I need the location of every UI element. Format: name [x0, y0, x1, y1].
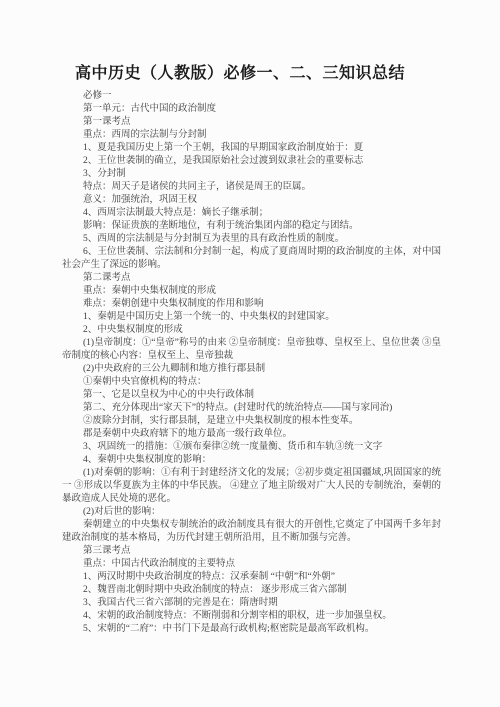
paragraph: 1、两汉时期中央政治制度的特点：汉承秦制 “中朝”和“外朝”	[62, 571, 441, 584]
document-title: 高中历史（人教版）必修一、二、三知识总结	[75, 60, 405, 83]
paragraph: 4、宋朝的政治制度特点：不断削弱和分割宰相的职权，进一步加强皇权。	[62, 610, 441, 623]
paragraph: 2、魏晋南北朝时期中央政治制度的特点： 逐步形成三省六部制	[62, 584, 441, 597]
paragraph: 第一、它是以皇权为中心的中央行政体制	[62, 389, 441, 402]
paragraph: ②废除分封制，实行郡县制，是建立中央集权制度的根本性变革。	[62, 415, 441, 428]
paragraph: (1)对秦朝的影响：①有利于封建经济文化的发展；②初步奠定祖国疆域,巩固国家的统…	[62, 467, 441, 506]
paragraph: 重点：秦朝中央集权制度的形成	[62, 285, 441, 298]
paragraph: 第三课考点	[62, 545, 441, 558]
paragraph: (2)中央政府的三公九卿制和地方推行郡县制	[62, 363, 441, 376]
paragraph: 郡是秦朝中央政府辖下的地方最高一级行政单位。	[62, 428, 441, 441]
paragraph: 2、中央集权制度的形成	[62, 324, 441, 337]
paragraph: 秦朝建立的中央集权专制统治的政治制度具有很大的开创性,它奠定了中国两千多年封建政…	[62, 519, 441, 545]
paragraph: (2)对后世的影响：	[62, 506, 441, 519]
paragraph: 5、西周的宗法制是与分封制互为表里的具有政治性质的制度。	[62, 233, 441, 246]
paragraph: 2、王位世袭制的确立，是我国原始社会过渡到奴隶社会的重要标志	[62, 155, 441, 168]
paragraph: 第一单元：古代中国的政治制度	[62, 103, 441, 116]
paragraph: 5、宋朝的“二府”：中书门下是最高行政机构;枢密院是最高军政机构。	[62, 623, 441, 636]
paragraph: 影响：保证贵族的垄断地位，有利于统治集团内部的稳定与团结。	[62, 220, 441, 233]
paragraph: 1、夏是我国历史上第一个王朝，我国的早期国家政治制度始于：夏	[62, 142, 441, 155]
paragraph: 4、秦朝中央集权制度的影响：	[62, 454, 441, 467]
paragraph: 特点：周天子是诸侯的共同主子，诸侯是周王的臣属。	[62, 181, 441, 194]
paragraph: (1)皇帝制度：①“皇帝”称号的由来 ②皇帝制度：皇帝独尊、皇权至上、皇位世袭 …	[62, 337, 441, 363]
paragraph: 重点：西周的宗法制与分封制	[62, 129, 441, 142]
document-page: 高中历史（人教版）必修一、二、三知识总结 必修一第一单元：古代中国的政治制度第一…	[0, 0, 500, 707]
paragraph: 3、分封制	[62, 168, 441, 181]
paragraph: 意义：加强统治，巩固王权	[62, 194, 441, 207]
paragraph: 第二、充分体现出“家天下”的特点。(封建时代的统治特点——国与家同治)	[62, 402, 441, 415]
paragraph: ①秦朝中央官僚机构的特点：	[62, 376, 441, 389]
paragraph: 6、王位世袭制、宗法制和分封制一起，构成了夏商周时期的政治制度的主体，对中国社会…	[62, 246, 441, 272]
paragraph: 必修一	[62, 90, 441, 103]
paragraph: 第二课考点	[62, 272, 441, 285]
paragraph: 3、我国古代三省六部制的完善是在：隋唐时期	[62, 597, 441, 610]
paragraph: 难点：秦朝创建中央集权制度的作用和影响	[62, 298, 441, 311]
paragraph: 3、巩固统一的措施：①颁布秦律②统一度量衡、货币和车轨③统一文字	[62, 441, 441, 454]
paragraph: 第一课考点	[62, 116, 441, 129]
document-body: 必修一第一单元：古代中国的政治制度第一课考点重点：西周的宗法制与分封制1、夏是我…	[62, 90, 441, 636]
paragraph: 1、秦朝是中国历史上第一个统一的、中央集权的封建国家。	[62, 311, 441, 324]
paragraph: 4、西周宗法制最大特点是：嫡长子继承制；	[62, 207, 441, 220]
paragraph: 重点：中国古代政治制度的主要特点	[62, 558, 441, 571]
